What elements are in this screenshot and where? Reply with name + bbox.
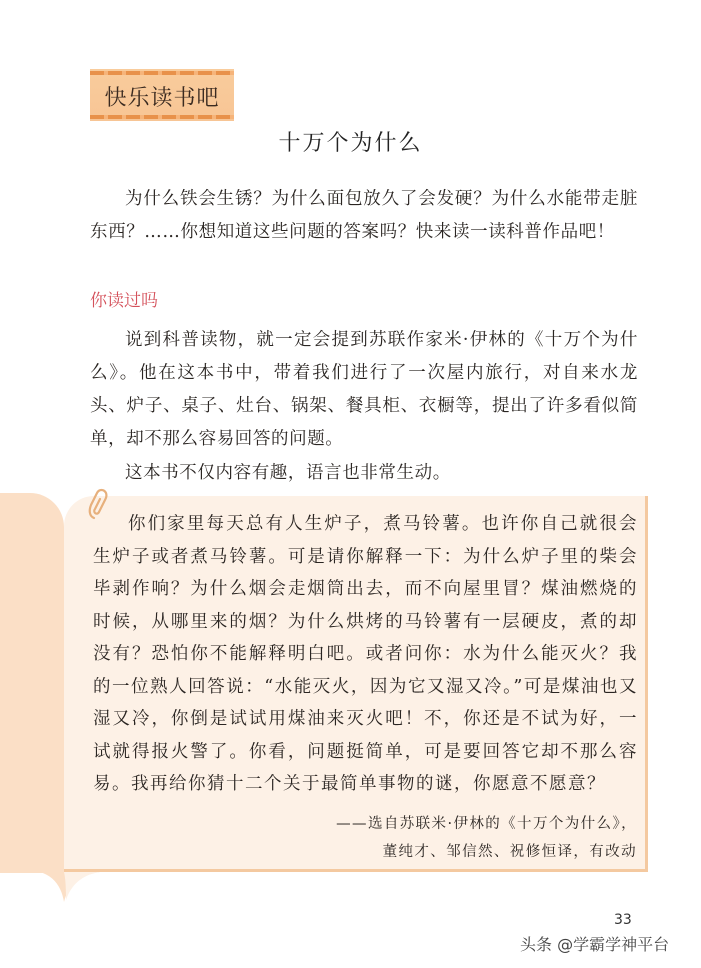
- page-number: 33: [614, 912, 632, 928]
- decorative-side-panel: [0, 493, 64, 873]
- body-paragraph: 这本书不仅内容有趣，语言也非常生动。: [90, 457, 638, 490]
- body-paragraph: 说到科普读物，就一定会提到苏联作家米·伊林的《十万个为什么》。他在这本书中，带着…: [90, 324, 638, 456]
- section-banner: 快乐读书吧: [90, 69, 234, 121]
- excerpt-source: ——选自苏联米·伊林的《十万个为什么》，: [217, 812, 637, 833]
- page-title: 十万个为什么: [0, 126, 701, 157]
- excerpt-translators: 董纯才、邹信然、祝修恒译，有改动: [217, 840, 637, 861]
- banner-label: 快乐读书吧: [90, 81, 234, 112]
- section-heading: 你读过吗: [90, 286, 158, 311]
- intro-paragraph: 为什么铁会生锈？为什么面包放久了会发硬？为什么水能带走脏东西？……你想知道这些问…: [90, 183, 638, 249]
- excerpt-text: 你们家里每天总有人生炉子，煮马铃薯。也许你自己就很会生炉子或者煮马铃薯。可是请你…: [93, 508, 638, 801]
- speech-tail-icon: [40, 872, 100, 902]
- watermark: 头条 @学霸学神平台: [520, 932, 669, 955]
